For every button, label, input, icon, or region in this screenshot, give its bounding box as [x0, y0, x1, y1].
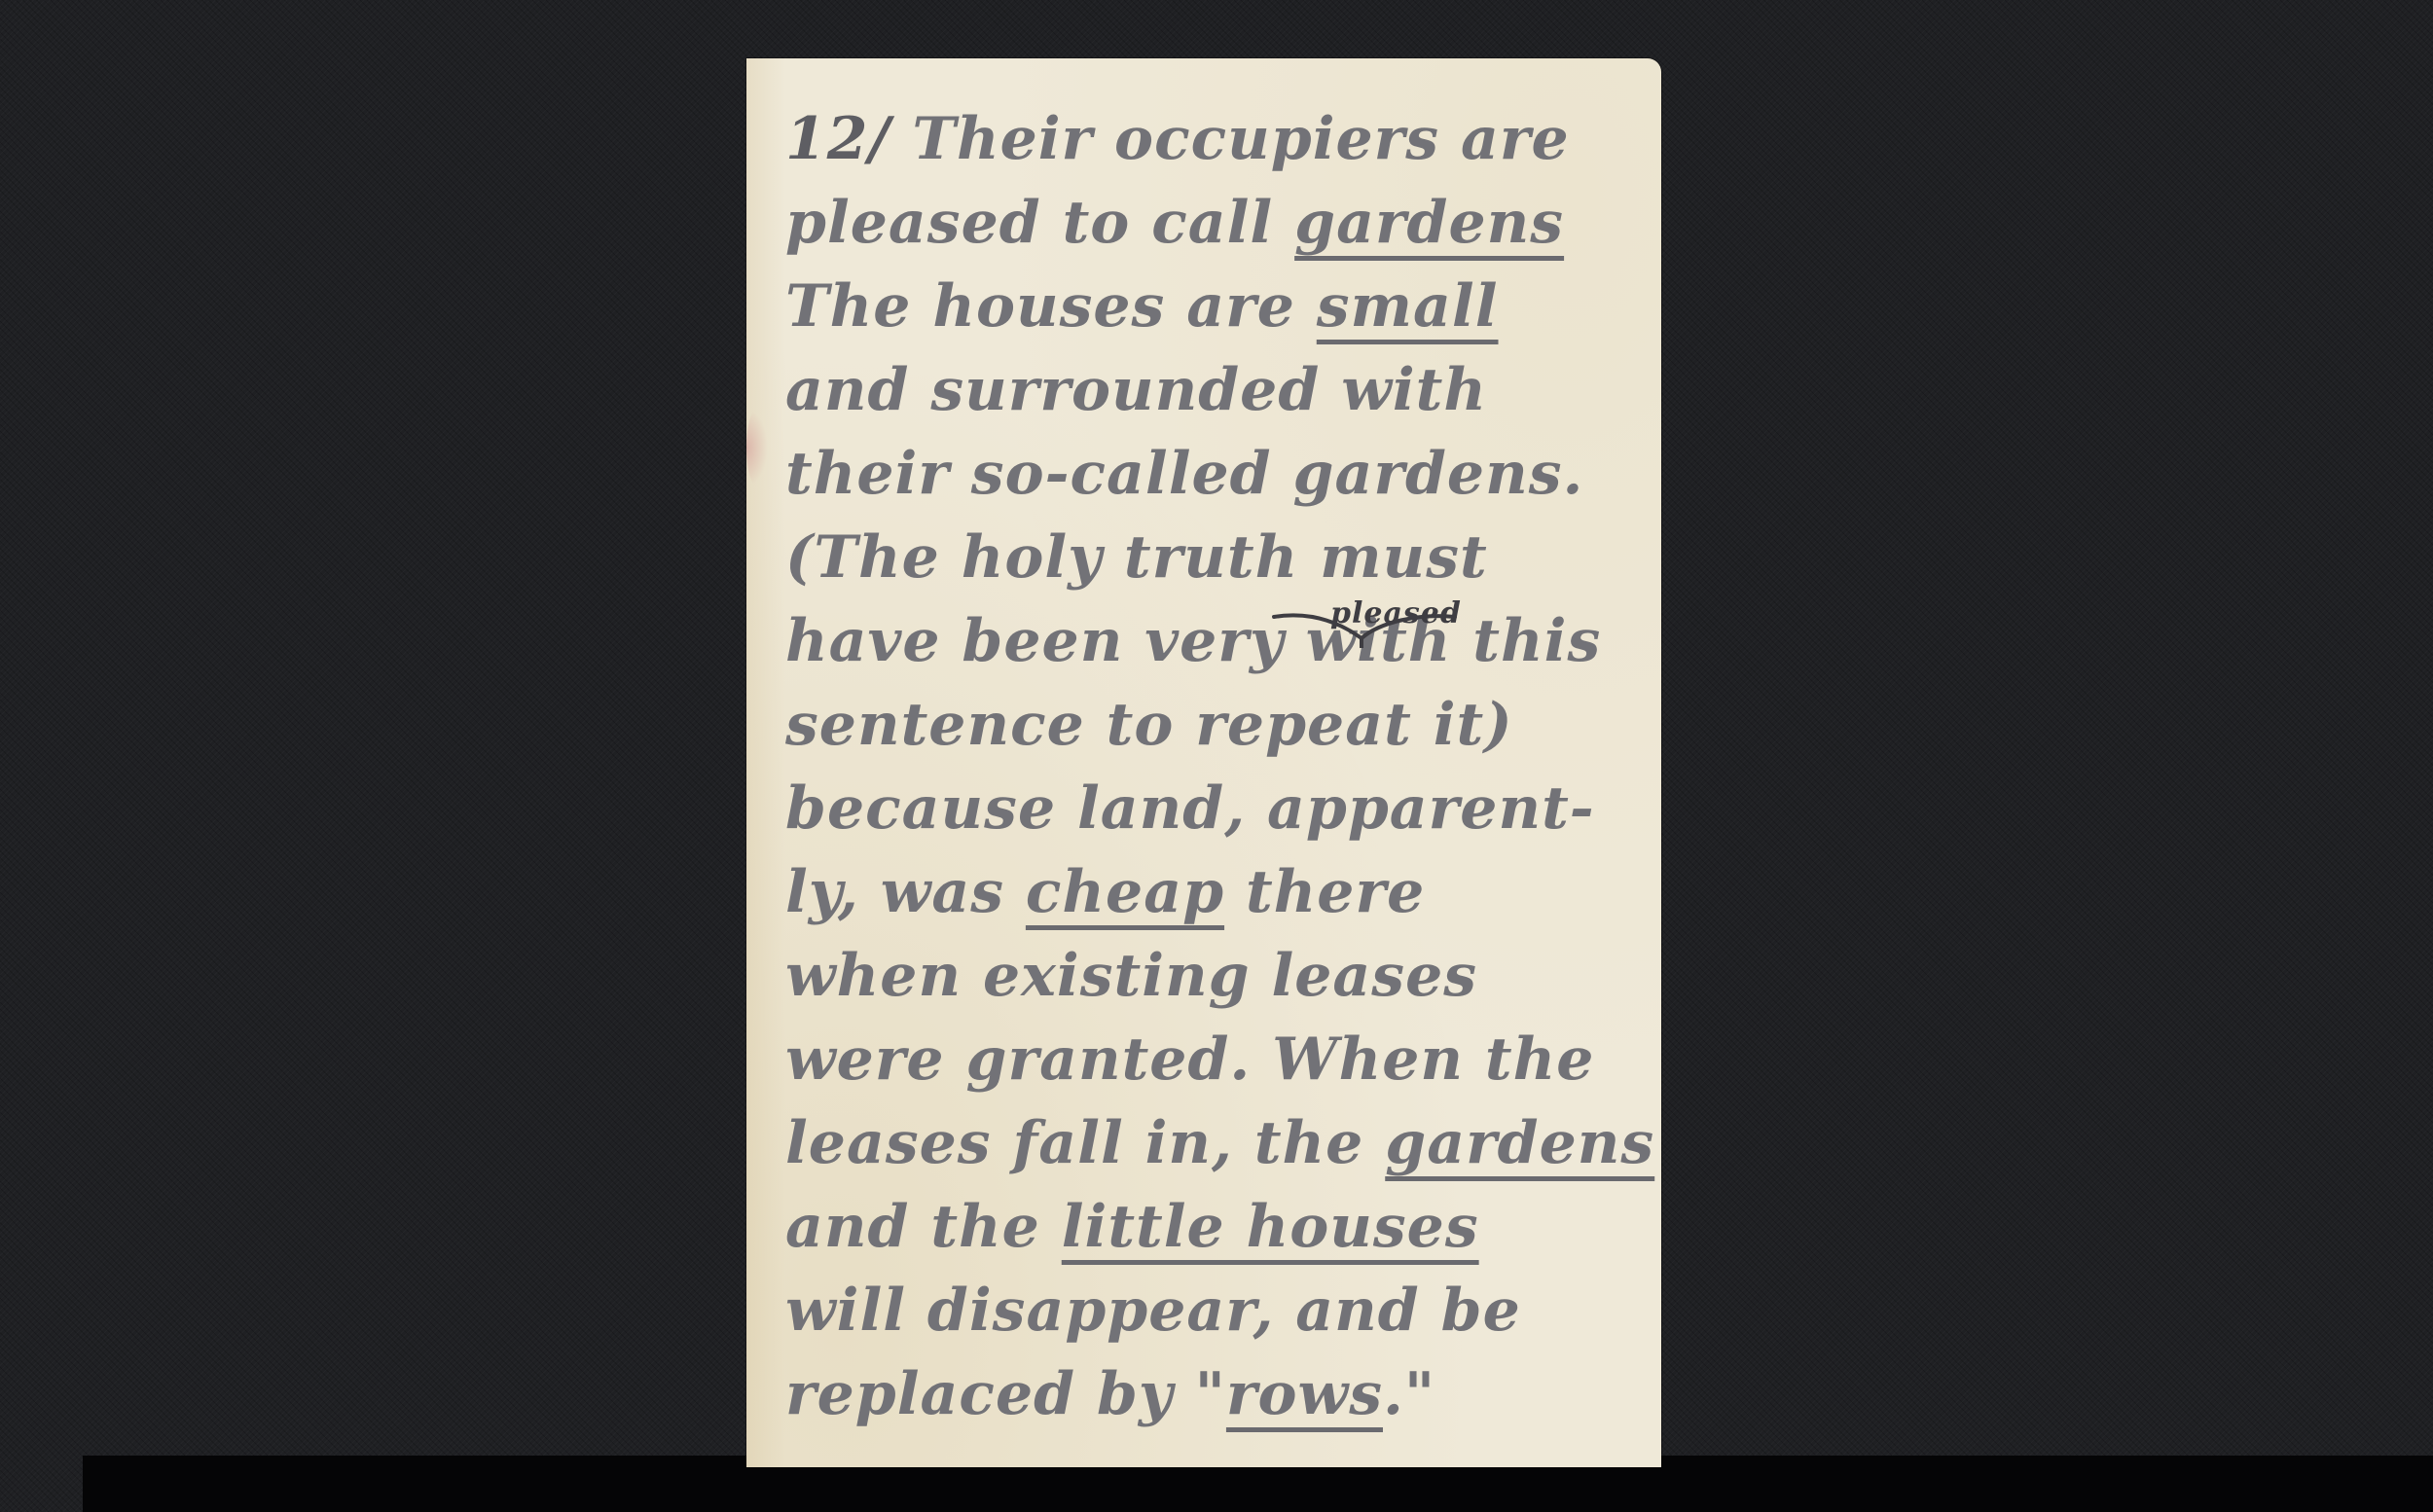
line-text: pleased to call [785, 189, 1294, 257]
handwritten-text-block: 12/ Their occupiers are pleased to call … [785, 97, 1642, 1436]
text-line-3: The houses are small [785, 265, 1642, 348]
text-line-16: replaced by "rows." [785, 1352, 1642, 1436]
underlined-word: gardens [1385, 1109, 1654, 1177]
line-text: because land, apparent- [785, 774, 1595, 843]
text-line-12: were granted. When the [785, 1018, 1642, 1101]
line-text: and the [785, 1193, 1062, 1261]
text-line-15: will disappear, and be [785, 1269, 1642, 1352]
text-line-1: 12/ Their occupiers are [785, 97, 1642, 181]
line-text: there [1224, 858, 1425, 926]
line-text: their so-called gardens. [785, 440, 1583, 508]
text-line-4: and surrounded with [785, 348, 1642, 432]
line-text: sentence to repeat it) [785, 691, 1513, 759]
line-text: ." [1383, 1360, 1435, 1428]
line-text: and surrounded with [785, 356, 1487, 424]
text-line-14: and the little houses [785, 1185, 1642, 1269]
text-line-9: because land, apparent- [785, 767, 1642, 850]
text-line-6: (The holy truth must [785, 516, 1642, 599]
line-text: ly, was [785, 858, 1026, 926]
text-line-13: leases fall in, the gardens [785, 1101, 1642, 1185]
line-text: replaced by " [785, 1360, 1226, 1428]
underlined-word: small [1317, 272, 1499, 341]
letter-page: 12/ Their occupiers are pleased to call … [746, 58, 1661, 1467]
text-line-2: pleased to call gardens [785, 181, 1642, 265]
underlined-word: rows [1226, 1360, 1383, 1428]
text-line-5: their so-called gardens. [785, 432, 1642, 516]
underlined-word: cheap [1026, 858, 1224, 926]
line-text: leases fall in, the [785, 1109, 1385, 1177]
text-line-11: when existing leases [785, 934, 1642, 1018]
line-text: were granted. When the [785, 1026, 1594, 1094]
text-line-7: pleased have been very with this [785, 599, 1642, 683]
line-text: when existing leases [785, 942, 1477, 1010]
underlined-word: little houses [1062, 1193, 1479, 1261]
text-line-8: sentence to repeat it) [785, 683, 1642, 767]
line-text: will disappear, and be [785, 1277, 1521, 1345]
pink-stain-mark [746, 409, 768, 486]
line-text: Their occupiers are [912, 105, 1569, 173]
page-marker: 12/ [785, 105, 890, 173]
text-line-10: ly, was cheap there [785, 850, 1642, 934]
line-text: have been very with this [785, 607, 1601, 675]
scan-background: 12/ Their occupiers are pleased to call … [0, 0, 2433, 1512]
insertion-caret-icon [1272, 609, 1457, 648]
underlined-word: gardens [1294, 189, 1564, 257]
line-text: The houses are [785, 272, 1317, 341]
